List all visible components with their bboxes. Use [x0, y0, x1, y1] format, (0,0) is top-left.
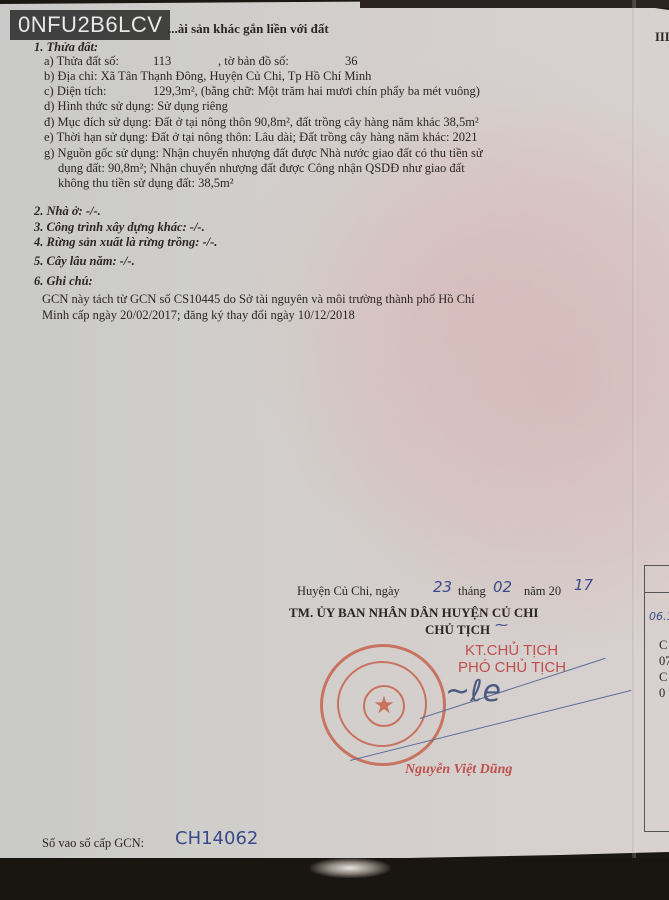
usage-origin-line-3: không thu tiền sử dụng đất: 38,5m²: [58, 176, 233, 191]
place-date-prefix: Huyện Củ Chi, ngày: [297, 584, 400, 599]
side-panel-divider: [645, 592, 669, 593]
corner-mark: III: [655, 30, 669, 45]
side-panel-line: C: [659, 638, 667, 653]
signer-name: Nguyễn Việt Dũng: [405, 762, 512, 777]
watermark-id: 0NFU2B6LCV: [10, 10, 170, 40]
registry-number: CH14062: [175, 831, 258, 846]
section-2-house: 2. Nhà ở: -/-.: [34, 204, 101, 219]
area-label: c) Diện tích:: [44, 84, 106, 99]
year-label: năm 20: [524, 584, 561, 599]
section-6-title: 6. Ghi chú:: [34, 274, 93, 289]
section-header: ...ài sản khác gắn liền với đất: [168, 21, 329, 36]
date-year: 17: [574, 578, 593, 593]
parcel-number-value: 113: [153, 54, 171, 69]
note-line-2: Minh cấp ngày 20/02/2017; đăng ký thay đ…: [42, 308, 355, 323]
map-sheet-value: 36: [345, 54, 358, 69]
date-month: 02: [493, 580, 512, 595]
side-panel-line: 07: [659, 654, 669, 669]
background-table-edge: [0, 858, 669, 900]
official-seal: ★: [320, 644, 446, 766]
note-line-1: GCN này tách từ GCN số CS10445 do Sở tài…: [42, 292, 475, 307]
section-5-perennial-trees: 5. Cây lâu năm: -/-.: [34, 254, 135, 269]
section-1-title: 1. Thửa đất:: [34, 40, 98, 55]
registry-label: Số vao sổ cấp GCN:: [42, 836, 144, 851]
stamp-title-deputy: KT.CHỦ TỊCH: [465, 643, 558, 658]
stamp-title-vice-chairman: PHÓ CHỦ TỊCH: [458, 660, 566, 675]
side-panel-handwritten: 06.1: [649, 609, 669, 624]
seal-inner-ring: ★: [337, 661, 427, 747]
page-fold: [632, 0, 636, 860]
parcel-number-label: a) Thửa đất số:: [44, 54, 119, 69]
chairman-title: CHỦ TỊCH: [425, 622, 490, 637]
month-label: tháng: [458, 584, 486, 599]
area-value: 129,3m², (bằng chữ: Một trăm hai mươi ch…: [153, 84, 480, 99]
star-emblem-icon: ★: [363, 685, 405, 727]
light-glare: [310, 858, 390, 878]
background-edge: [360, 0, 669, 8]
usage-origin-line-2: dụng đất: 90,8m²; Nhận chuyển nhượng đất…: [58, 161, 465, 176]
side-panel-frame: 06.1 C 07 C 0: [644, 565, 669, 832]
address-line: b) Địa chỉ: Xã Tân Thạnh Đông, Huyện Củ …: [44, 69, 371, 84]
side-panel-line: C: [659, 670, 667, 685]
section-4-forest: 4. Rừng sản xuất là rừng trồng: -/-.: [34, 235, 217, 250]
side-panel-line: 0: [659, 686, 665, 701]
usage-form-line: d) Hình thức sử dụng: Sử dụng riêng: [44, 99, 228, 114]
usage-purpose-line: đ) Mục đích sử dụng: Đất ở tại nông thôn…: [44, 115, 479, 130]
initial-mark: ⁓: [495, 618, 508, 633]
section-3-other-construction: 3. Công trình xây dựng khác: -/-.: [34, 220, 205, 235]
usage-origin-line-1: g) Nguồn gốc sử dụng: Nhận chuyển nhượng…: [44, 146, 483, 161]
map-sheet-label: , tờ bản đồ số:: [218, 54, 289, 69]
signature-scribble: ~ℓe: [445, 684, 501, 699]
usage-term-line: e) Thời hạn sử dụng: Đất ở tại nông thôn…: [44, 130, 478, 145]
date-day: 23: [433, 580, 452, 595]
